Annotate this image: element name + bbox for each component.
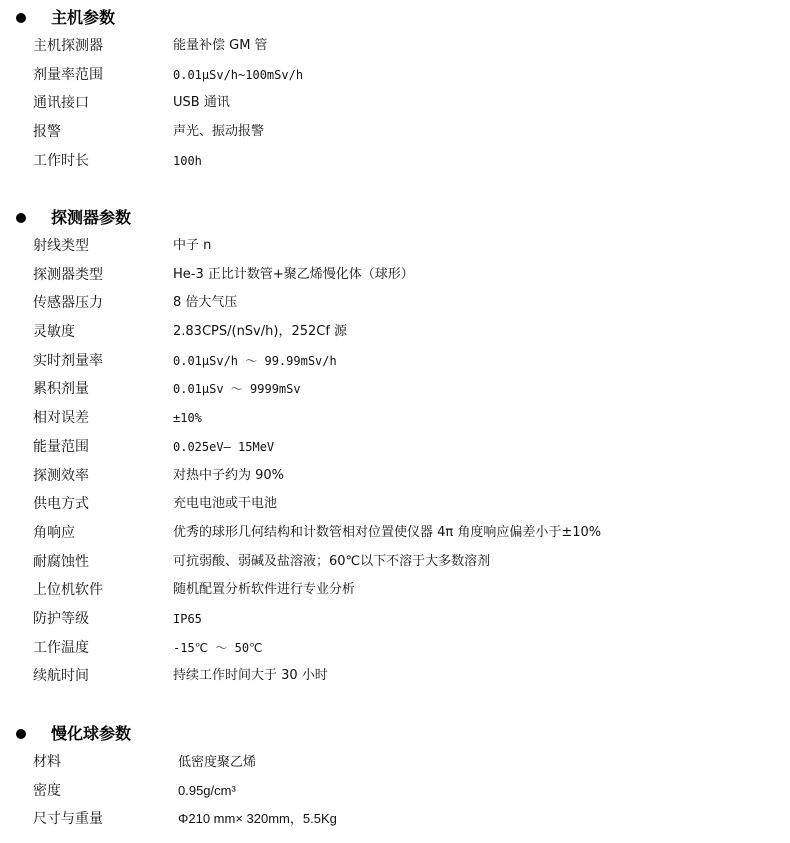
- param-value: Φ210 mm× 320mm，5.5Kg: [178, 809, 337, 829]
- param-value: 中子 n: [173, 236, 211, 256]
- param-value: 0.01μSv/h~100mSv/h: [173, 65, 303, 85]
- param-label: 工作温度: [33, 638, 89, 658]
- param-label: 累积剂量: [33, 379, 89, 399]
- param-label: 上位机软件: [33, 580, 103, 600]
- param-row-dose-rate-range: 剂量率范围 0.01μSv/h~100mSv/h: [0, 61, 790, 90]
- param-row-material: 材料 低密度聚乙烯: [0, 748, 790, 777]
- param-value: ±10%: [173, 408, 202, 428]
- param-label: 灵敏度: [33, 322, 75, 342]
- param-row-realtime-dose-rate: 实时剂量率 0.01μSv/h ～ 99.99mSv/h: [0, 347, 790, 376]
- param-row-protection-level: 防护等级 IP65: [0, 605, 790, 634]
- param-value: 0.95g/cm³: [178, 781, 236, 801]
- moderator-sphere-parameters-section: 慢化球参数 材料 低密度聚乙烯 密度 0.95g/cm³ 尺寸与重量 Φ210 …: [0, 718, 790, 834]
- param-label: 剂量率范围: [33, 65, 103, 85]
- param-value: -15℃ ～ 50℃: [173, 638, 263, 658]
- param-label: 防护等级: [33, 609, 89, 629]
- param-row-work-duration: 工作时长 100h: [0, 147, 790, 176]
- bullet-icon: [16, 729, 26, 739]
- bullet-icon: [16, 213, 26, 223]
- param-value: 声光、振动报警: [173, 122, 264, 142]
- param-value: 随机配置分析软件进行专业分析: [173, 580, 355, 600]
- param-label: 材料: [33, 752, 61, 772]
- param-value: USB 通讯: [173, 93, 230, 113]
- param-value: He-3 正比计数管+聚乙烯慢化体（球形）: [173, 265, 414, 285]
- param-label: 耐腐蚀性: [33, 552, 89, 572]
- param-label: 角响应: [33, 523, 75, 543]
- param-value: 0.01μSv/h ～ 99.99mSv/h: [173, 351, 337, 371]
- section-title: 探测器参数: [51, 206, 131, 230]
- param-row-detector-type: 探测器类型 He-3 正比计数管+聚乙烯慢化体（球形）: [0, 261, 790, 290]
- param-label: 报警: [33, 122, 61, 142]
- param-label: 供电方式: [33, 494, 89, 514]
- param-row-corrosion-resistance: 耐腐蚀性 可抗弱酸、弱碱及盐溶液；60℃以下不溶于大多数溶剂: [0, 548, 790, 577]
- param-row-size-weight: 尺寸与重量 Φ210 mm× 320mm，5.5Kg: [0, 805, 790, 834]
- section-header: 主机参数: [0, 2, 790, 32]
- param-row-operating-temperature: 工作温度 -15℃ ～ 50℃: [0, 634, 790, 663]
- param-row-relative-error: 相对误差 ±10%: [0, 404, 790, 433]
- param-row-angular-response: 角响应 优秀的球形几何结构和计数管相对位置使仪器 4π 角度响应偏差小于±10%: [0, 519, 790, 548]
- param-label: 能量范围: [33, 437, 89, 457]
- param-row-comm-interface: 通讯接口 USB 通讯: [0, 89, 790, 118]
- param-value: 充电电池或干电池: [173, 494, 277, 514]
- param-row-battery-life: 续航时间 持续工作时间大于 30 小时: [0, 662, 790, 691]
- param-label: 续航时间: [33, 666, 89, 686]
- param-label: 探测效率: [33, 466, 89, 486]
- detector-parameters-section: 探测器参数 射线类型 中子 n 探测器类型 He-3 正比计数管+聚乙烯慢化体（…: [0, 202, 790, 691]
- param-label: 传感器压力: [33, 293, 103, 313]
- param-value: 0.025eV— 15MeV: [173, 437, 274, 457]
- param-value: 0.01μSv ～ 9999mSv: [173, 379, 301, 399]
- param-value: 2.83CPS/(nSv/h)，252Cf 源: [173, 322, 347, 342]
- param-label: 密度: [33, 781, 61, 801]
- param-row-density: 密度 0.95g/cm³: [0, 777, 790, 806]
- bullet-icon: [16, 13, 26, 23]
- param-value: 8 倍大气压: [173, 293, 237, 313]
- param-value: 可抗弱酸、弱碱及盐溶液；60℃以下不溶于大多数溶剂: [173, 552, 490, 572]
- section-title: 慢化球参数: [51, 722, 131, 746]
- param-label: 主机探测器: [33, 36, 103, 56]
- param-row-alarm: 报警 声光、振动报警: [0, 118, 790, 147]
- param-row-detection-efficiency: 探测效率 对热中子约为 90%: [0, 462, 790, 491]
- param-row-sensitivity: 灵敏度 2.83CPS/(nSv/h)，252Cf 源: [0, 318, 790, 347]
- param-label: 相对误差: [33, 408, 89, 428]
- param-value: 持续工作时间大于 30 小时: [173, 666, 328, 686]
- host-parameters-section: 主机参数 主机探测器 能量补偿 GM 管 剂量率范围 0.01μSv/h~100…: [0, 2, 790, 175]
- param-label: 射线类型: [33, 236, 89, 256]
- param-label: 工作时长: [33, 151, 89, 171]
- param-label: 探测器类型: [33, 265, 103, 285]
- param-value: IP65: [173, 609, 202, 629]
- param-row-energy-range: 能量范围 0.025eV— 15MeV: [0, 433, 790, 462]
- param-row-host-software: 上位机软件 随机配置分析软件进行专业分析: [0, 576, 790, 605]
- param-label: 尺寸与重量: [33, 809, 103, 829]
- param-row-cumulative-dose: 累积剂量 0.01μSv ～ 9999mSv: [0, 375, 790, 404]
- param-label: 实时剂量率: [33, 351, 103, 371]
- param-row-host-detector: 主机探测器 能量补偿 GM 管: [0, 32, 790, 61]
- param-row-sensor-pressure: 传感器压力 8 倍大气压: [0, 289, 790, 318]
- section-header: 探测器参数: [0, 202, 790, 232]
- param-value: 对热中子约为 90%: [173, 466, 284, 486]
- section-header: 慢化球参数: [0, 718, 790, 748]
- param-label: 通讯接口: [33, 93, 89, 113]
- param-row-power-supply: 供电方式 充电电池或干电池: [0, 490, 790, 519]
- section-title: 主机参数: [51, 6, 115, 30]
- param-row-radiation-type: 射线类型 中子 n: [0, 232, 790, 261]
- param-value: 100h: [173, 151, 202, 171]
- param-value: 能量补偿 GM 管: [173, 36, 268, 56]
- param-value: 低密度聚乙烯: [178, 752, 256, 772]
- param-value: 优秀的球形几何结构和计数管相对位置使仪器 4π 角度响应偏差小于±10%: [173, 523, 601, 543]
